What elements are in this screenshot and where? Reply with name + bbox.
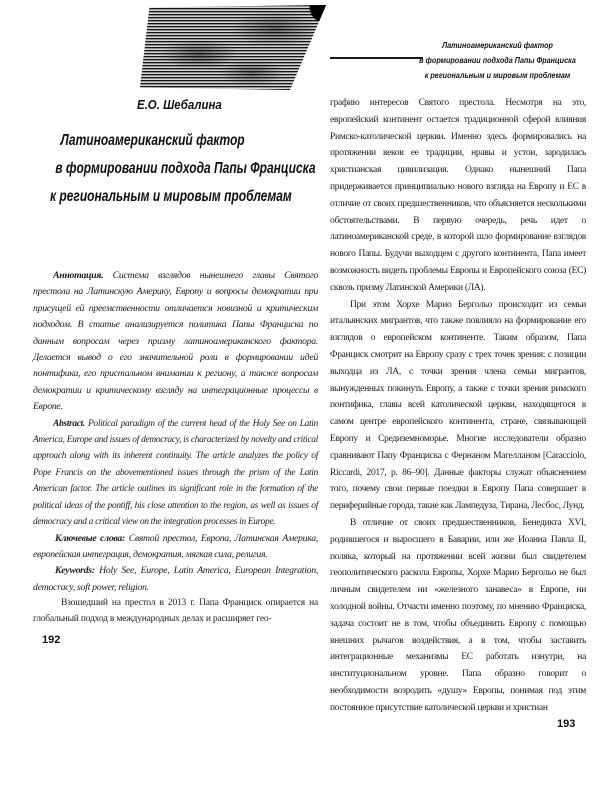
page-number-right: 193 [557,718,575,730]
annotation-label: Аннотация. [53,270,103,281]
body-paragraph-3: В отличие от своих предшественников, Бен… [330,515,586,717]
body-paragraph-1: графию интересов Святого престола. Несмо… [330,95,586,297]
article-title-line-1: Латиноамериканский фактор [50,127,320,155]
page-number-left: 192 [42,632,318,648]
right-page-column: графию интересов Святого престола. Несмо… [330,95,586,716]
running-head: Латиноамериканский фактор в формировании… [415,38,581,83]
keywords-ru-label: Ключевые слова: [55,533,125,544]
annotation-paragraph: Аннотация. Система взглядов нынешнего гл… [33,268,318,416]
keywords-ru-paragraph: Ключевые слова: Святой престол, Европа, … [33,531,318,564]
abstract-label: Abstract. [53,419,85,429]
scanned-journal-spread: Е.О. Шебалина Латиноамериканский фактор … [0,0,600,800]
abstract-text: Political paradigm of the current head o… [33,419,318,527]
running-head-line-3: к региональным и мировым проблемам [415,68,581,83]
article-title-line-2: в формировании подхода Папы Франциска [50,155,320,183]
article-title: Латиноамериканский фактор в формировании… [50,127,320,211]
author-name: Е.О. Шебалина [137,97,222,112]
intro-paragraph: Взошедший на престол в 2013 г. Папа Фран… [33,596,318,627]
keywords-en-label: Keywords: [55,565,95,576]
abstract-paragraph: Abstract. Political paradigm of the curr… [33,416,318,531]
article-title-line-3: к региональным и мировым проблемам [50,183,320,211]
running-head-rule [330,57,423,59]
running-head-line-2: в формировании подхода Папы Франциска [415,53,581,68]
annotation-text: Система взглядов нынешнего главы Святого… [33,270,318,412]
author-photo [138,5,328,90]
running-head-line-1: Латиноамериканский фактор [415,38,581,53]
keywords-en-paragraph: Keywords: Holy See, Europe, Latin Americ… [33,563,318,596]
body-paragraph-2: При этом Хорхе Марио Бергольо происходит… [330,297,586,515]
left-page-column: Аннотация. Система взглядов нынешнего гл… [33,268,318,649]
